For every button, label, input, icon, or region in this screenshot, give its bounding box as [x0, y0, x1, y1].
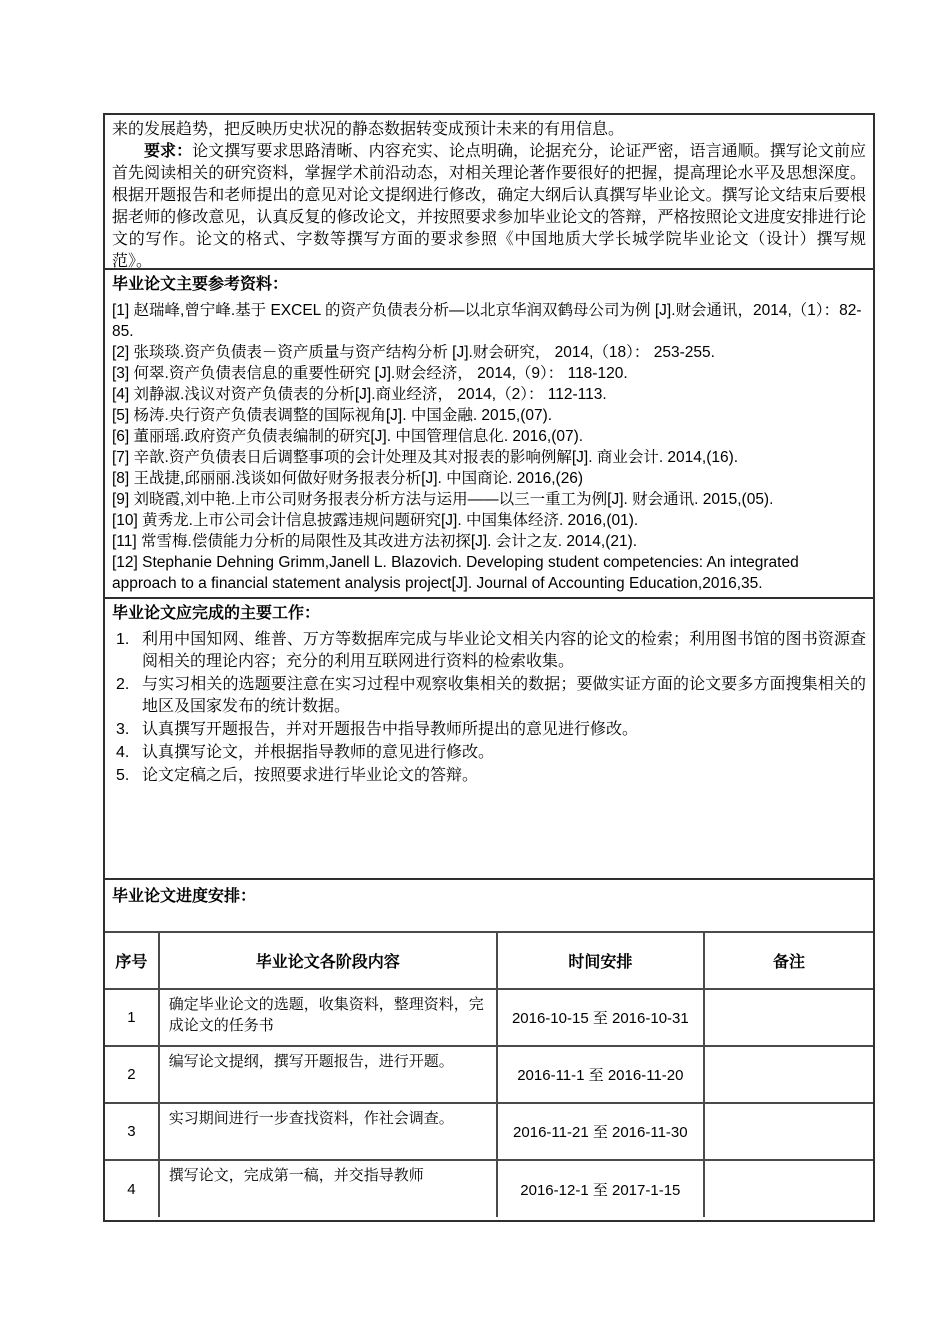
schedule-row: 4 撰写论文，完成第一稿，并交指导教师 2016-12-1 至 2017-1-1…	[105, 1160, 873, 1217]
schedule-row: 2 编写论文提纲，撰写开题报告，进行开题。 2016-11-1 至 2016-1…	[105, 1046, 873, 1103]
reference-item: [5] 杨涛.央行资产负债表调整的国际视角[J]. 中国金融. 2015,(07…	[112, 405, 866, 426]
row-time: 2016-11-1 至 2016-11-20	[497, 1046, 704, 1103]
row-seq: 1	[105, 989, 159, 1046]
row-note	[704, 1160, 873, 1217]
row-seq: 3	[105, 1103, 159, 1160]
work-item-number: 5.	[112, 765, 142, 787]
work-item-text: 与实习相关的选题要注意在实习过程中观察收集相关的数据；要做实证方面的论文要多方面…	[142, 674, 866, 718]
row-note	[704, 1103, 873, 1160]
requirement-label: 要求：	[144, 143, 192, 160]
row-content: 编写论文提纲，撰写开题报告，进行开题。	[159, 1046, 497, 1103]
reference-item: [12] Stephanie Dehning Grimm,Janell L. B…	[112, 552, 866, 594]
task-book-document: 来的发展趋势，把反映历史状况的静态数据转变成预计未来的有用信息。 要求：论文撰写…	[103, 113, 875, 1222]
reference-item: [9] 刘晓霞,刘中艳.上市公司财务报表分析方法与运用——以三一重工为例[J].…	[112, 489, 866, 510]
work-item: 1. 利用中国知网、维普、万方等数据库完成与毕业论文相关内容的论文的检索；利用图…	[112, 629, 866, 673]
reference-item: [4] 刘静淑.浅议对资产负债表的分析[J].商业经济， 2014,（2）： 1…	[112, 384, 866, 405]
schedule-heading: 毕业论文进度安排：	[105, 880, 873, 908]
main-work-heading: 毕业论文应完成的主要工作：	[112, 603, 866, 625]
work-item-text: 利用中国知网、维普、万方等数据库完成与毕业论文相关内容的论文的检索；利用图书馆的…	[142, 629, 866, 673]
header-cell-seq: 序号	[105, 932, 159, 989]
reference-item: [11] 常雪梅.偿债能力分析的局限性及其改进方法初探[J]. 会计之友. 20…	[112, 531, 866, 552]
work-item: 2. 与实习相关的选题要注意在实习过程中观察收集相关的数据；要做实证方面的论文要…	[112, 674, 866, 718]
requirement-text: 论文撰写要求思路清晰、内容充实、论点明确，论据充分，论证严密，语言通顺。撰写论文…	[112, 143, 866, 270]
row-note	[704, 989, 873, 1046]
requirement-paragraph: 要求：论文撰写要求思路清晰、内容充实、论点明确，论据充分，论证严密，语言通顺。撰…	[112, 141, 866, 270]
work-item: 4. 认真撰写论文，并根据指导教师的意见进行修改。	[112, 742, 866, 764]
work-item-number: 2.	[112, 674, 142, 718]
reference-item: [10] 黄秀龙.上市公司会计信息披露违规问题研究[J]. 中国集体经济. 20…	[112, 510, 866, 531]
row-content: 撰写论文，完成第一稿，并交指导教师	[159, 1160, 497, 1217]
row-seq: 2	[105, 1046, 159, 1103]
reference-item: [3] 何翠.资产负债表信息的重要性研究 [J].财会经济， 2014,（9）：…	[112, 363, 866, 384]
section-references: 毕业论文主要参考资料： [1] 赵瑞峰,曾宁峰.基于 EXCEL 的资产负债表分…	[105, 270, 873, 599]
work-item: 3. 认真撰写开题报告，并对开题报告中指导教师所提出的意见进行修改。	[112, 719, 866, 741]
work-item-number: 4.	[112, 742, 142, 764]
work-item-text: 论文定稿之后，按照要求进行毕业论文的答辩。	[142, 765, 866, 787]
schedule-table: 序号 毕业论文各阶段内容 时间安排 备注 1 确定毕业论文的选题，收集资料，整理…	[105, 931, 873, 1217]
row-note	[704, 1046, 873, 1103]
row-time: 2016-11-21 至 2016-11-30	[497, 1103, 704, 1160]
schedule-row: 3 实习期间进行一步查找资料，作社会调查。 2016-11-21 至 2016-…	[105, 1103, 873, 1160]
row-time: 2016-12-1 至 2017-1-15	[497, 1160, 704, 1217]
reference-item: [8] 王战捷,邱丽丽.浅谈如何做好财务报表分析[J]. 中国商论. 2016,…	[112, 468, 866, 489]
document-page: 来的发展趋势，把反映历史状况的静态数据转变成预计未来的有用信息。 要求：论文撰写…	[0, 0, 950, 1344]
header-cell-content: 毕业论文各阶段内容	[159, 932, 497, 989]
row-content: 确定毕业论文的选题，收集资料，整理资料，完成论文的任务书	[159, 989, 497, 1046]
references-heading: 毕业论文主要参考资料：	[112, 274, 866, 296]
reference-item: [2] 张琰琰.资产负债表－资产质量与资产结构分析 [J].财会研究， 2014…	[112, 342, 866, 363]
work-item-number: 1.	[112, 629, 142, 673]
reference-item: [7] 辛歆.资产负债表日后调整事项的会计处理及其对报表的影响例解[J]. 商业…	[112, 447, 866, 468]
section-main-work: 毕业论文应完成的主要工作： 1. 利用中国知网、维普、万方等数据库完成与毕业论文…	[105, 599, 873, 880]
schedule-row: 1 确定毕业论文的选题，收集资料，整理资料，完成论文的任务书 2016-10-1…	[105, 989, 873, 1046]
row-time: 2016-10-15 至 2016-10-31	[497, 989, 704, 1046]
row-seq: 4	[105, 1160, 159, 1217]
schedule-header-row: 序号 毕业论文各阶段内容 时间安排 备注	[105, 932, 873, 989]
work-item: 5. 论文定稿之后，按照要求进行毕业论文的答辩。	[112, 765, 866, 787]
row-content: 实习期间进行一步查找资料，作社会调查。	[159, 1103, 497, 1160]
work-item-text: 认真撰写论文，并根据指导教师的意见进行修改。	[142, 742, 866, 764]
reference-item: [1] 赵瑞峰,曾宁峰.基于 EXCEL 的资产负债表分析—以北京华润双鹤母公司…	[112, 300, 866, 342]
work-item-text: 认真撰写开题报告，并对开题报告中指导教师所提出的意见进行修改。	[142, 719, 866, 741]
header-cell-time: 时间安排	[497, 932, 704, 989]
work-item-number: 3.	[112, 719, 142, 741]
reference-item: [6] 董丽瑶.政府资产负债表编制的研究[J]. 中国管理信息化. 2016,(…	[112, 426, 866, 447]
header-cell-note: 备注	[704, 932, 873, 989]
continuation-paragraph: 来的发展趋势，把反映历史状况的静态数据转变成预计未来的有用信息。	[112, 119, 866, 141]
section-requirements: 来的发展趋势，把反映历史状况的静态数据转变成预计未来的有用信息。 要求：论文撰写…	[105, 115, 873, 270]
section-schedule: 毕业论文进度安排： 序号 毕业论文各阶段内容 时间安排 备注	[105, 880, 873, 1220]
